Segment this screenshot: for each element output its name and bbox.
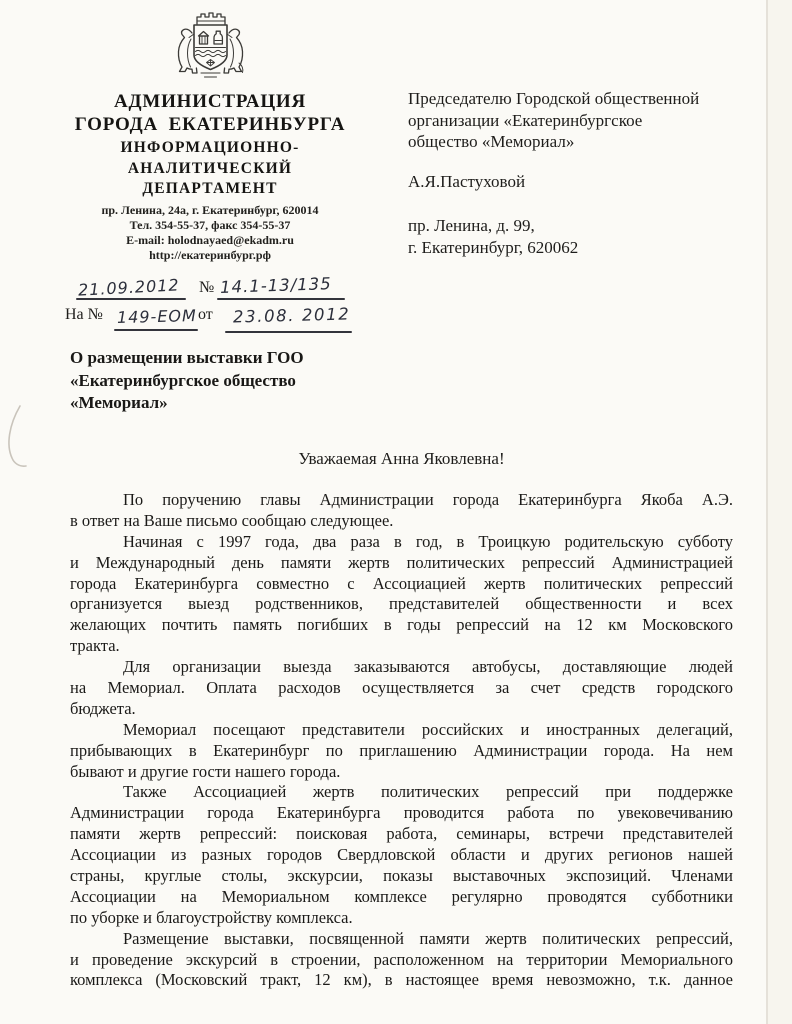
contact-address: пр. Ленина, 24а, г. Екатеринбург, 620014 <box>55 203 365 218</box>
recipient-address-line2: г. Екатеринбург, 620062 <box>408 237 748 259</box>
recipient-line2: организации «Екатеринбургское <box>408 110 748 132</box>
dept-name: ИНФОРМАЦИОННО- АНАЛИТИЧЕСКИЙ ДЕПАРТАМЕНТ <box>55 138 365 200</box>
body-line: желающих почтить память погибших в годы … <box>70 615 733 636</box>
body-line: организуется выезд родственников, предст… <box>70 594 733 615</box>
body-line: бывают и другие гости нашего города. <box>70 762 733 783</box>
body-line: памяти жертв репрессий: поисковая работа… <box>70 824 733 845</box>
letter-page: АДМИНИСТРАЦИЯ ГОРОДА ЕКАТЕРИНБУРГА ИНФОР… <box>0 0 792 1024</box>
contact-website: http://екатеринбург.рф <box>55 248 365 263</box>
body-line: Начиная с 1997 года, два раза в год, в Т… <box>70 532 733 553</box>
dept-name-line3: ДЕПАРТАМЕНТ <box>55 179 365 200</box>
body-line: комплекса (Московский тракт, 12 км), в н… <box>70 970 733 991</box>
dept-name-line1: ИНФОРМАЦИОННО- <box>55 138 365 159</box>
recipient-name: А.Я.Пастуховой <box>408 171 748 193</box>
ref-reply-date-handwritten: 23.08. 2012 <box>233 304 351 326</box>
body-line: По поручению главы Администрации города … <box>70 490 733 511</box>
recipient-address: пр. Ленина, д. 99, г. Екатеринбург, 6200… <box>408 215 748 258</box>
recipient-line1: Председателю Городской общественной <box>408 88 748 110</box>
body-line: страны, круглые столы, экскурсии, показы… <box>70 866 733 887</box>
ref-from-label: от <box>198 306 213 324</box>
body-line: Ассоциации на Мемориальном комплексе рег… <box>70 887 733 908</box>
ref-reply-date-underline <box>225 331 352 333</box>
letter-body: По поручению главы Администрации города … <box>70 490 733 991</box>
salutation: Уважаемая Анна Яковлевна! <box>70 449 733 469</box>
pen-mark-icon <box>3 403 31 473</box>
org-name-line2: ГОРОДА ЕКАТЕРИНБУРГА <box>55 113 365 136</box>
recipient-address-line1: пр. Ленина, д. 99, <box>408 215 748 237</box>
recipient-block: Председателю Городской общественной орга… <box>408 88 748 153</box>
subject-block: О размещении выставки ГОО «Екатеринбургс… <box>70 347 370 415</box>
body-line: Размещение выставки, посвященной памяти … <box>70 929 733 950</box>
body-line: и Международный день памяти жертв полити… <box>70 553 733 574</box>
ref-date-handwritten: 21.09.2012 <box>78 275 180 299</box>
coat-of-arms <box>170 11 250 91</box>
ref-number-handwritten: 14.1-13/135 <box>220 274 332 297</box>
scan-crease-line <box>766 0 768 1024</box>
contact-phone: Тел. 354-55-37, факс 354-55-37 <box>55 218 365 233</box>
ref-date-underline <box>76 298 186 300</box>
body-line: Администрации города Екатеринбурга прово… <box>70 803 733 824</box>
yekaterinburg-emblem-icon <box>170 11 250 91</box>
subject-line1: О размещении выставки ГОО <box>70 347 370 370</box>
body-line: города Екатеринбурга совместно с Ассоциа… <box>70 574 733 595</box>
ref-number-underline <box>217 298 345 300</box>
org-name: АДМИНИСТРАЦИЯ ГОРОДА ЕКАТЕРИНБУРГА <box>55 90 365 136</box>
body-line: Для организации выезда заказываются авто… <box>70 657 733 678</box>
org-name-line1: АДМИНИСТРАЦИЯ <box>55 90 365 113</box>
recipient-line3: общество «Мемориал» <box>408 131 748 153</box>
contact-email: E-mail: holodnayaed@ekadm.ru <box>55 233 365 248</box>
scan-right-strip <box>768 0 792 1024</box>
ref-number-label: № <box>199 279 214 297</box>
dept-name-line2: АНАЛИТИЧЕСКИЙ <box>55 159 365 180</box>
subject-line3: «Мемориал» <box>70 392 370 415</box>
body-line: на Мемориал. Оплата расходов осуществляе… <box>70 678 733 699</box>
body-line: прибывающих в Екатеринбург по приглашени… <box>70 741 733 762</box>
body-line: тракта. <box>70 636 733 657</box>
ref-reply-label: На № <box>65 306 103 324</box>
subject-line2: «Екатеринбургское общество <box>70 370 370 393</box>
body-line: Также Ассоциацией жертв политических реп… <box>70 782 733 803</box>
body-line: Ассоциации из разных городов Свердловско… <box>70 845 733 866</box>
body-line: бюджета. <box>70 699 733 720</box>
ref-reply-number-underline <box>114 329 198 331</box>
body-line: Мемориал посещают представители российск… <box>70 720 733 741</box>
body-line: и проведение экскурсий в строении, распо… <box>70 950 733 971</box>
body-line: в ответ на Ваше письмо сообщаю следующее… <box>70 511 733 532</box>
body-line: по уборке и благоустройству комплекса. <box>70 908 733 929</box>
ref-reply-number-handwritten: 149-ЕОМ <box>117 306 197 327</box>
contact-block: пр. Ленина, 24а, г. Екатеринбург, 620014… <box>55 203 365 263</box>
